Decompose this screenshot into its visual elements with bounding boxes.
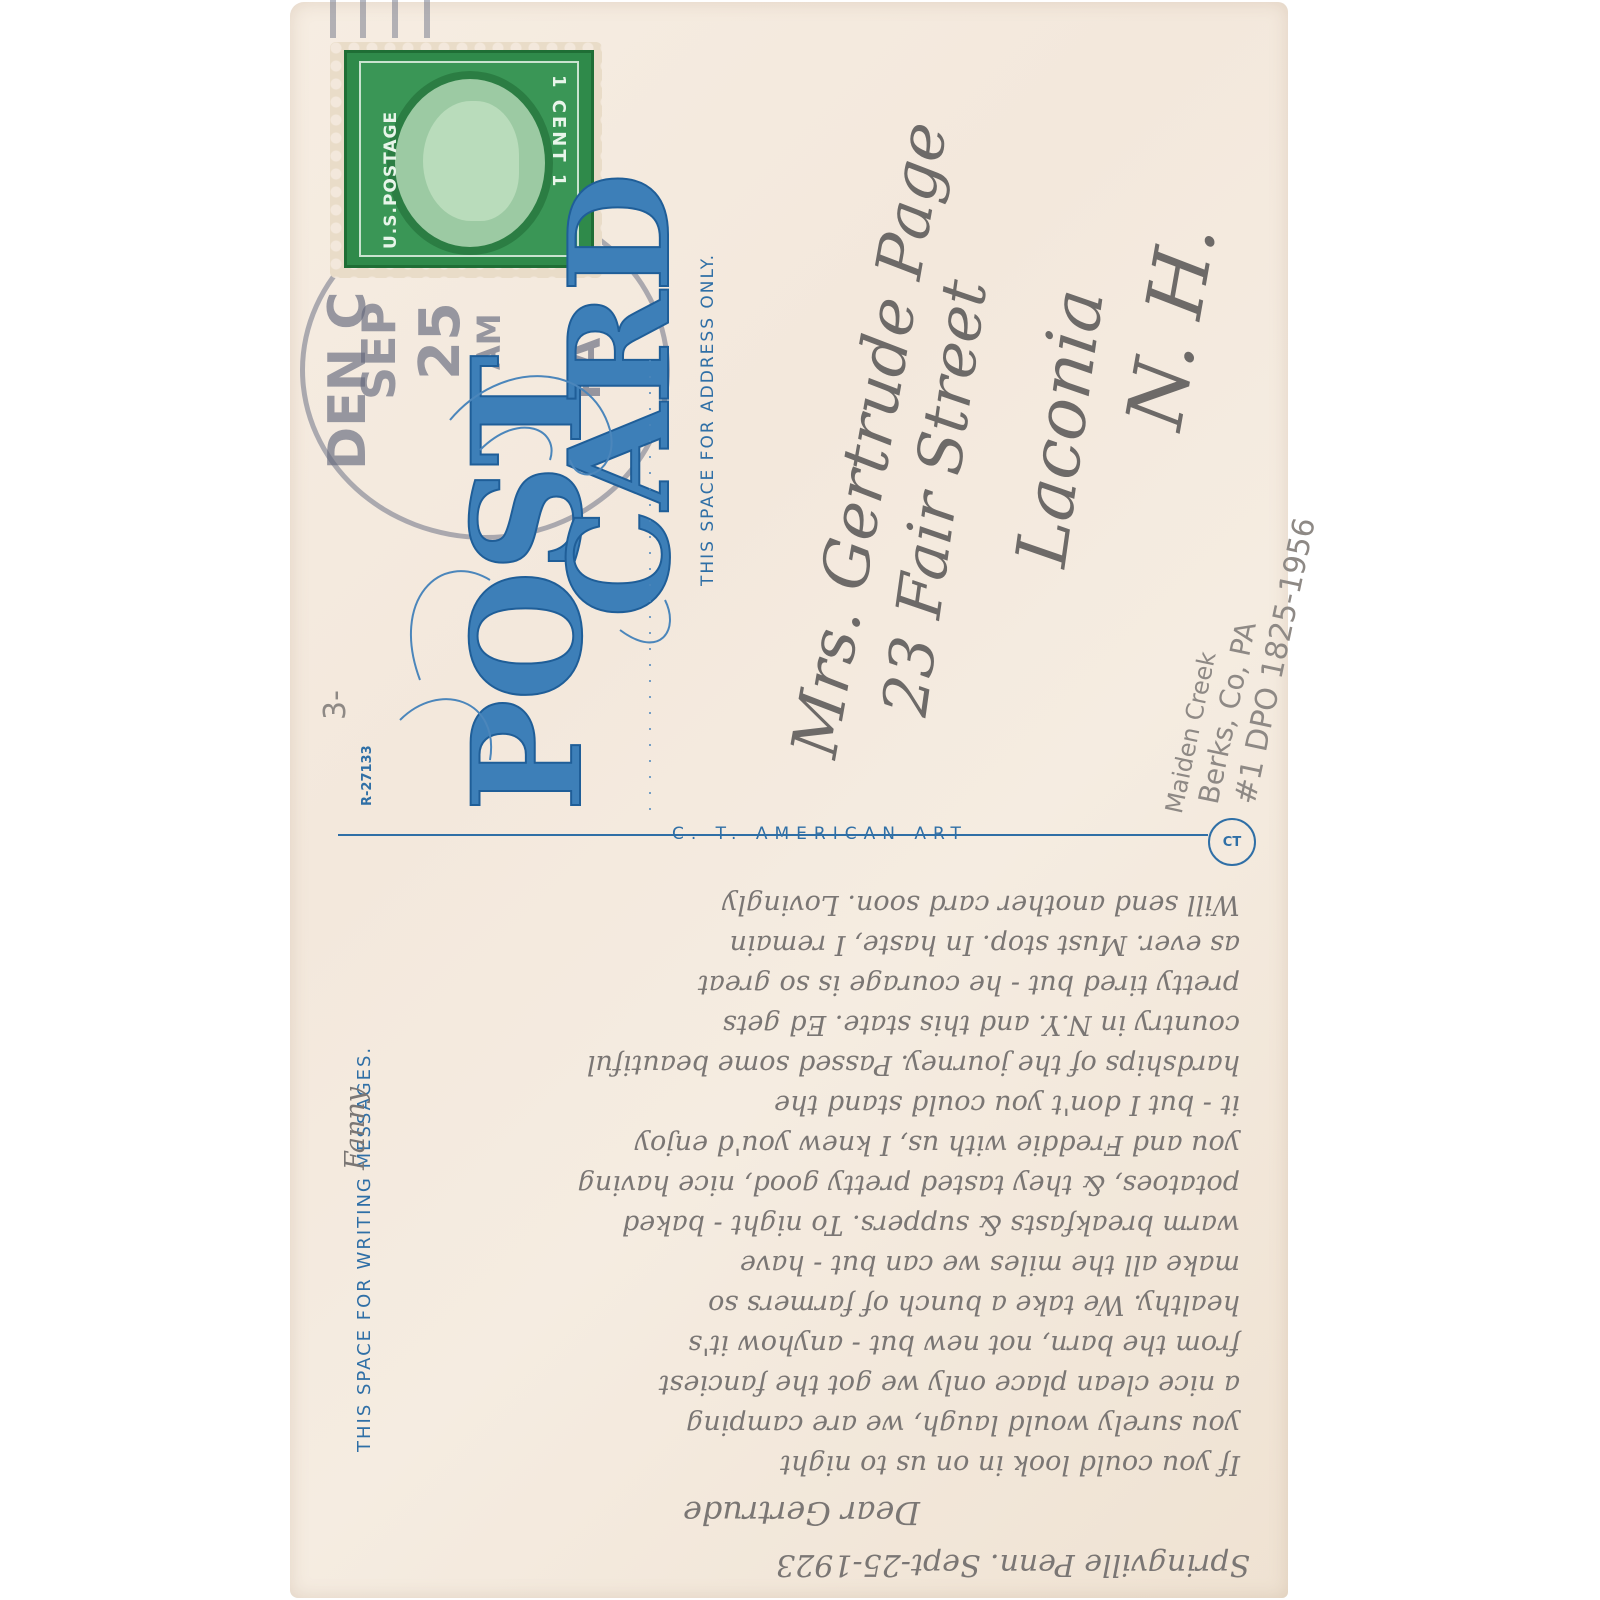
message-heading: Springville Penn. Sept-25-1923 [776,1547,1250,1582]
stamp-denomination-text: 1 CENT 1 [548,75,569,189]
message-area: Springville Penn. Sept-25-1923 Dear Gert… [300,840,1280,1590]
serial-number: R-27133 [360,745,375,806]
message-line: If you could look in on us to night [780,1449,1240,1480]
stamp-postage-text: U.S.POSTAGE [381,111,401,249]
message-line: country in N.Y. and this state. Ed gets [723,1009,1240,1040]
message-line: hardships of the journey. Passed some be… [587,1049,1240,1080]
message-line: warm breakfasts & suppers. To night - ba… [622,1209,1240,1240]
message-line: make all the miles we can but - have [740,1249,1240,1280]
message-line: pretty tired but - he courage is so grea… [698,969,1240,1000]
message-line: you and Freddie with us, I knew you'd en… [635,1129,1240,1160]
address-space-label: THIS SPACE FOR ADDRESS ONLY. [698,253,718,586]
message-line: a nice clean place only we got the fanci… [659,1369,1240,1400]
cancellation-bars [330,0,480,40]
margin-note: 3- [318,690,353,720]
message-line: as ever. Must stop. In haste, I remain [730,929,1240,960]
message-line: healthy. We take a bunch of farmers so [708,1289,1240,1320]
message-line: you surely would laugh, we are camping [686,1409,1240,1440]
message-line: from the barn, not new but - anyhow it's [688,1329,1240,1360]
message-line: potatoes, & they tasted pretty good, nic… [578,1169,1240,1200]
message-signature: Fanny [340,1087,371,1170]
portrait-icon [387,71,553,255]
message-salutation: Dear Gertrude [683,1494,920,1532]
message-line: Will send another card soon. Lovingly [722,889,1240,920]
flourish-ornament [380,300,680,820]
message-line: it - but I don't you could stand the [774,1089,1240,1120]
